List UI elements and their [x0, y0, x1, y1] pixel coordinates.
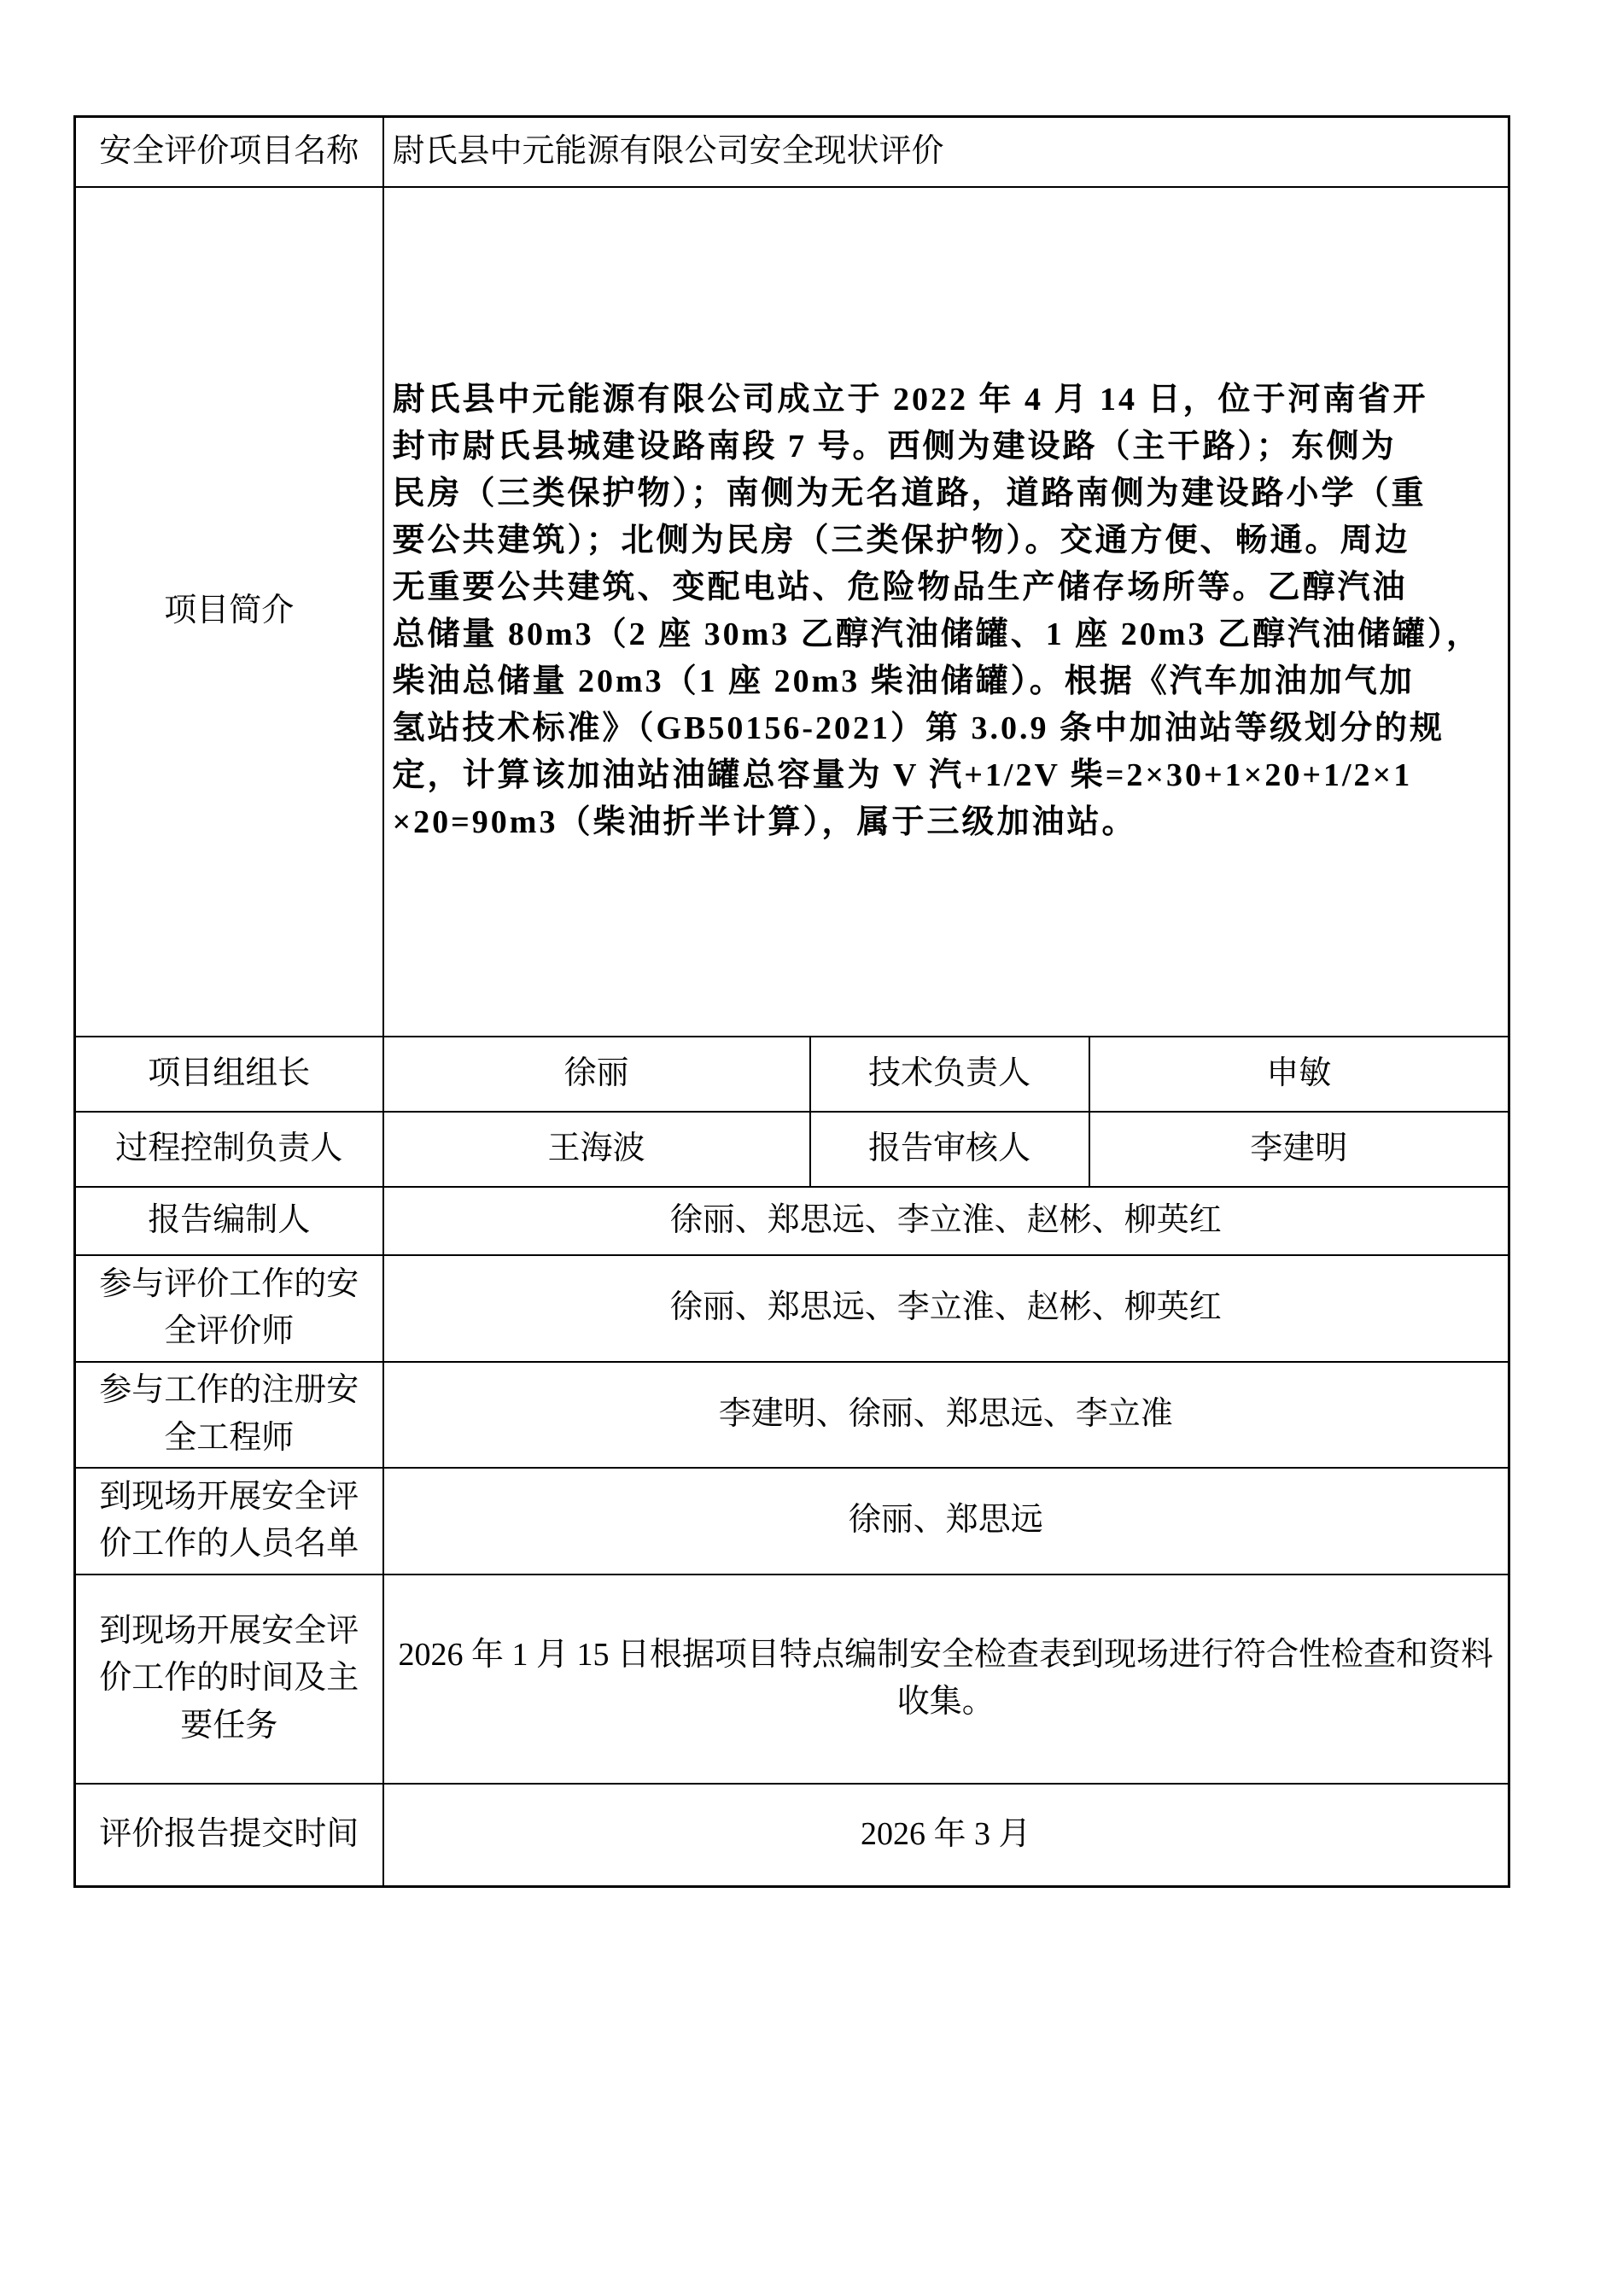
table-row: 安全评价项目名称 尉氏县中元能源有限公司安全现状评价 — [75, 117, 1509, 187]
project-name-value: 尉氏县中元能源有限公司安全现状评价 — [383, 117, 1509, 187]
table-row: 评价报告提交时间 2026 年 3 月 — [75, 1784, 1509, 1887]
project-name-label: 安全评价项目名称 — [75, 117, 383, 187]
report-compilers-value: 徐丽、郑思远、李立淮、赵彬、柳英红 — [383, 1187, 1509, 1255]
tech-lead-label: 技术负责人 — [810, 1037, 1089, 1112]
table-row: 到现场开展安全评 价工作的人员名单 徐丽、郑思远 — [75, 1468, 1509, 1574]
submit-time-value: 2026 年 3 月 — [383, 1784, 1509, 1887]
safety-assessors-value: 徐丽、郑思远、李立淮、赵彬、柳英红 — [383, 1255, 1509, 1362]
tech-lead-name: 申敏 — [1089, 1037, 1509, 1112]
table-row: 参与工作的注册安 全工程师 李建明、徐丽、郑思远、李立准 — [75, 1362, 1509, 1468]
table-row: 过程控制负责人 王海波 报告审核人 李建明 — [75, 1112, 1509, 1187]
report-compilers-label: 报告编制人 — [75, 1187, 383, 1255]
table-row: 到现场开展安全评 价工作的时间及主 要任务 2026 年 1 月 15 日根据项… — [75, 1574, 1509, 1784]
team-leader-label: 项目组组长 — [75, 1037, 383, 1112]
document-page: 安全评价项目名称 尉氏县中元能源有限公司安全现状评价 项目简介 尉氏县中元能源有… — [0, 0, 1623, 2296]
table-row: 项目简介 尉氏县中元能源有限公司成立于 2022 年 4 月 14 日，位于河南… — [75, 187, 1509, 1037]
safety-evaluation-info-table: 安全评价项目名称 尉氏县中元能源有限公司安全现状评价 项目简介 尉氏县中元能源有… — [73, 115, 1510, 1888]
registered-engineers-label: 参与工作的注册安 全工程师 — [75, 1362, 383, 1468]
site-task-value: 2026 年 1 月 15 日根据项目特点编制安全检查表到现场进行符合性检查和资… — [383, 1574, 1509, 1784]
process-control-name: 王海波 — [383, 1112, 810, 1187]
table-row: 参与评价工作的安 全评价师 徐丽、郑思远、李立淮、赵彬、柳英红 — [75, 1255, 1509, 1362]
project-intro-text: 尉氏县中元能源有限公司成立于 2022 年 4 月 14 日，位于河南省开 封市… — [383, 187, 1509, 1037]
safety-assessors-label: 参与评价工作的安 全评价师 — [75, 1255, 383, 1362]
submit-time-label: 评价报告提交时间 — [75, 1784, 383, 1887]
project-intro-label: 项目简介 — [75, 187, 383, 1037]
process-control-label: 过程控制负责人 — [75, 1112, 383, 1187]
table-row: 项目组组长 徐丽 技术负责人 申敏 — [75, 1037, 1509, 1112]
registered-engineers-value: 李建明、徐丽、郑思远、李立准 — [383, 1362, 1509, 1468]
report-reviewer-label: 报告审核人 — [810, 1112, 1089, 1187]
site-staff-value: 徐丽、郑思远 — [383, 1468, 1509, 1574]
team-leader-name: 徐丽 — [383, 1037, 810, 1112]
report-reviewer-name: 李建明 — [1089, 1112, 1509, 1187]
site-task-label: 到现场开展安全评 价工作的时间及主 要任务 — [75, 1574, 383, 1784]
table-row: 报告编制人 徐丽、郑思远、李立淮、赵彬、柳英红 — [75, 1187, 1509, 1255]
site-staff-label: 到现场开展安全评 价工作的人员名单 — [75, 1468, 383, 1574]
